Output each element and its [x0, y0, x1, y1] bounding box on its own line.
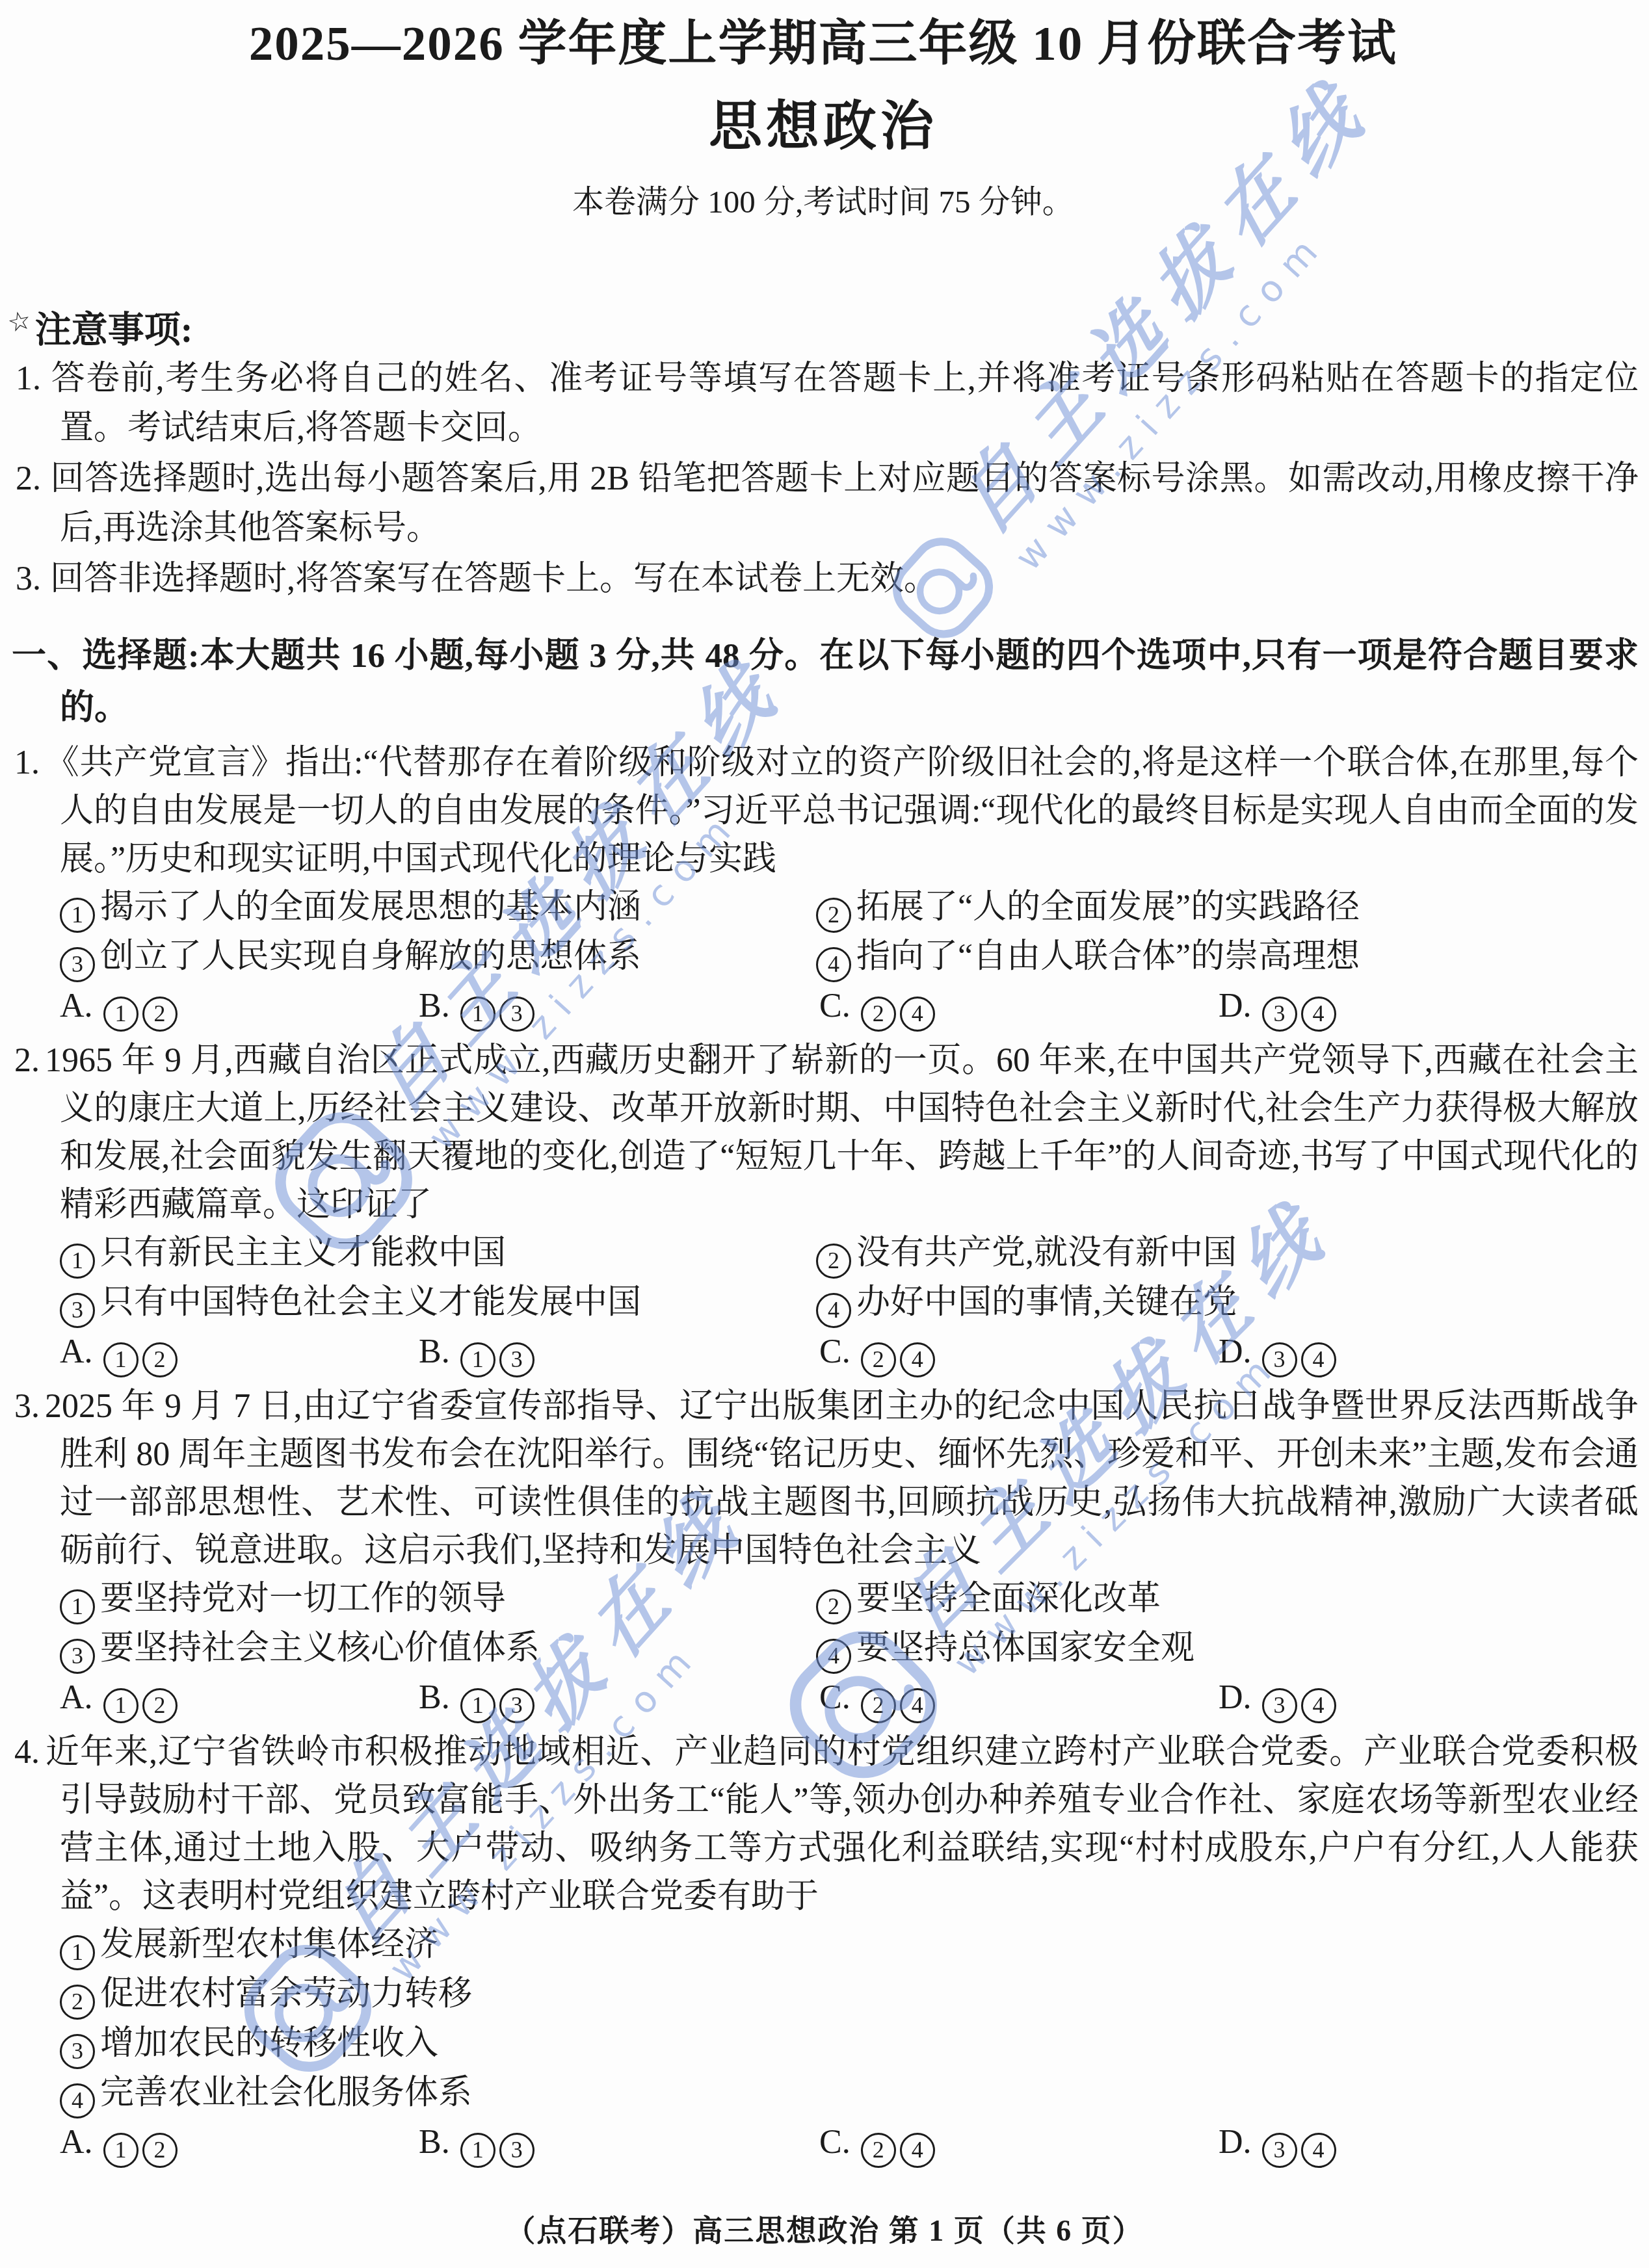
circled-number: 3 [60, 2034, 95, 2069]
question-stem: 1.《共产党宣言》指出:“代替那存在着阶级和阶级对立的资产阶级旧社会的,将是这样… [8, 739, 1639, 883]
notice-items: 1.答卷前,考生务必将自己的姓名、准考证号等填写在答题卡上,并将准考证号条形码粘… [8, 354, 1639, 604]
circled-number: 2 [60, 1985, 95, 2020]
sub-option-row: 1要坚持党对一切工作的领导2要坚持全面深化改革 [8, 1575, 1639, 1624]
sub-option: 2要坚持全面深化改革 [816, 1575, 1161, 1624]
sub-option-row: 1发展新型农村集体经济 [8, 1921, 1639, 1970]
choice-label: A. [60, 1333, 93, 1370]
circled-number: 4 [816, 1639, 851, 1674]
choice-option: A.12 [60, 1674, 419, 1723]
sub-option-row: 3要坚持社会主义核心价值体系4要坚持总体国家安全观 [8, 1624, 1639, 1674]
question-stem: 3.2025 年 9 月 7 日,由辽宁省委宣传部指导、辽宁出版集团主办的纪念中… [8, 1383, 1639, 1575]
circled-number: 2 [861, 2133, 896, 2168]
circled-number: 3 [499, 1688, 534, 1723]
circled-number: 3 [60, 1639, 95, 1674]
circled-number: 2 [861, 1688, 896, 1723]
circled-number: 4 [900, 1342, 935, 1377]
circled-number: 3 [1262, 1688, 1297, 1723]
page-footer: （点石联考）高三思想政治 第 1 页（共 6 页） [0, 2207, 1649, 2250]
question-number: 1. [14, 744, 40, 781]
circled-number: 3 [60, 1293, 95, 1328]
exam-paper-page: 自主选拔在线www.zizzs.com 自主选拔在线www.zizzs.com … [0, 0, 1649, 2268]
sub-option-row: 1只有新民主主义才能救中国2没有共产党,就没有新中国 [8, 1229, 1639, 1279]
choice-option: B.13 [419, 1328, 819, 1377]
circled-number: 1 [103, 997, 139, 1032]
circled-number: 3 [1262, 1342, 1297, 1377]
choice-label: C. [819, 987, 851, 1024]
circled-number: 1 [460, 997, 495, 1032]
choices-row: A.12B.13C.24D.34 [8, 2118, 1639, 2168]
circled-number: 2 [816, 1244, 851, 1279]
notice-item-number: 3. [16, 560, 41, 597]
circled-number: 1 [60, 1935, 95, 1970]
circled-number: 4 [816, 1293, 851, 1328]
circled-number: 1 [60, 898, 95, 933]
sub-option-row: 3只有中国特色社会主义才能发展中国4办好中国的事情,关键在党 [8, 1279, 1639, 1328]
sub-option-row: 3增加农民的转移性收入 [8, 2020, 1639, 2069]
question-number: 4. [14, 1734, 40, 1771]
circled-number: 2 [861, 1342, 896, 1377]
choice-label: B. [419, 987, 450, 1024]
circled-number: 2 [861, 997, 896, 1032]
circled-number: 4 [1301, 1342, 1336, 1377]
sub-option: 1只有新民主主义才能救中国 [60, 1229, 816, 1279]
choice-option: A.12 [60, 1328, 419, 1377]
choice-label: A. [60, 1679, 93, 1716]
circled-number: 3 [1262, 997, 1297, 1032]
choices-row: A.12B.13C.24D.34 [8, 1328, 1639, 1377]
choice-label: B. [419, 1679, 450, 1716]
choice-label: B. [419, 2124, 450, 2161]
sub-option: 4完善农业社会化服务体系 [60, 2069, 472, 2118]
circled-number: 2 [816, 898, 851, 933]
choice-label: D. [1219, 987, 1252, 1024]
circled-number: 1 [60, 1244, 95, 1279]
sub-option-row: 2促进农村富余劳动力转移 [8, 1970, 1639, 2020]
sub-option: 3增加农民的转移性收入 [60, 2020, 438, 2069]
choice-option: A.12 [60, 2118, 419, 2168]
circled-number: 4 [60, 2083, 95, 2118]
exam-subject-title: 思想政治 [8, 98, 1639, 156]
question-number: 3. [14, 1388, 40, 1425]
sub-option: 4要坚持总体国家安全观 [816, 1624, 1194, 1674]
questions: 1.《共产党宣言》指出:“代替那存在着阶级和阶级对立的资产阶级旧社会的,将是这样… [8, 739, 1639, 2168]
circled-number: 1 [60, 1589, 95, 1624]
choice-option: C.24 [819, 1328, 1219, 1377]
page-content: 2025—2026 学年度上学期高三年级 10 月份联合考试 思想政治 本卷满分… [0, 17, 1649, 2168]
circled-number: 2 [142, 1342, 178, 1377]
question-block: 2.1965 年 9 月,西藏自治区正式成立,西藏历史翻开了崭新的一页。60 年… [8, 1037, 1639, 1377]
circled-number: 1 [460, 1688, 495, 1723]
choice-label: C. [819, 2124, 851, 2161]
circled-number: 4 [1301, 997, 1336, 1032]
sub-option: 1揭示了人的全面发展思想的基本内涵 [60, 883, 816, 933]
circled-number: 1 [103, 2133, 139, 2168]
question-block: 4.近年来,辽宁省铁岭市积极推动地域相近、产业趋同的村党组织建立跨村产业联合党委… [8, 1728, 1639, 2168]
sub-option: 4指向了“自由人联合体”的崇高理想 [816, 933, 1360, 982]
circled-number: 4 [1301, 1688, 1336, 1723]
circled-number: 4 [1301, 2133, 1336, 2168]
notice-item-number: 1. [16, 360, 41, 397]
choice-option: C.24 [819, 1674, 1219, 1723]
sub-option-row: 4完善农业社会化服务体系 [8, 2069, 1639, 2118]
sub-option: 2促进农村富余劳动力转移 [60, 1970, 472, 2020]
sub-option: 2拓展了“人的全面发展”的实践路径 [816, 883, 1360, 933]
circled-number: 2 [142, 997, 178, 1032]
circled-number: 4 [900, 997, 935, 1032]
choice-label: D. [1219, 1333, 1252, 1370]
circled-number: 3 [1262, 2133, 1297, 2168]
circled-number: 1 [460, 1342, 495, 1377]
notice-item-number: 2. [16, 460, 41, 497]
choice-option: A.12 [60, 982, 419, 1032]
choice-option: C.24 [819, 2118, 1219, 2168]
circled-number: 2 [142, 2133, 178, 2168]
circled-number: 2 [142, 1688, 178, 1723]
choice-option: D.34 [1219, 982, 1639, 1032]
star-icon: ☆ [3, 297, 36, 346]
circled-number: 2 [816, 1589, 851, 1624]
section-one-heading: 一、选择题:本大题共 16 小题,每小题 3 分,共 48 分。在以下每小题的四… [8, 630, 1639, 734]
question-block: 1.《共产党宣言》指出:“代替那存在着阶级和阶级对立的资产阶级旧社会的,将是这样… [8, 739, 1639, 1032]
notice-section: ☆注意事项: 1.答卷前,考生务必将自己的姓名、准考证号等填写在答题卡上,并将准… [8, 299, 1639, 604]
circled-number: 4 [900, 2133, 935, 2168]
choice-label: C. [819, 1333, 851, 1370]
circled-number: 3 [499, 1342, 534, 1377]
exam-info-line: 本卷满分 100 分,考试时间 75 分钟。 [8, 183, 1639, 221]
choice-option: C.24 [819, 982, 1219, 1032]
circled-number: 3 [60, 947, 95, 982]
sub-option: 3创立了人民实现自身解放的思想体系 [60, 933, 816, 982]
question-number: 2. [14, 1042, 40, 1079]
choices-row: A.12B.13C.24D.34 [8, 982, 1639, 1032]
sub-option-row: 1揭示了人的全面发展思想的基本内涵2拓展了“人的全面发展”的实践路径 [8, 883, 1639, 933]
sub-option: 1发展新型农村集体经济 [60, 1921, 438, 1970]
choice-label: A. [60, 987, 93, 1024]
circled-number: 3 [499, 997, 534, 1032]
sub-option: 3只有中国特色社会主义才能发展中国 [60, 1279, 816, 1328]
sub-option: 1要坚持党对一切工作的领导 [60, 1575, 816, 1624]
choice-option: B.13 [419, 982, 819, 1032]
notice-item: 2.回答选择题时,选出每小题答案后,用 2B 铅笔把答题卡上对应题目的答案标号涂… [8, 454, 1639, 553]
choice-option: B.13 [419, 2118, 819, 2168]
circled-number: 1 [103, 1342, 139, 1377]
notice-item: 3.回答非选择题时,将答案写在答题卡上。写在本试卷上无效。 [8, 554, 1639, 604]
question-stem: 4.近年来,辽宁省铁岭市积极推动地域相近、产业趋同的村党组织建立跨村产业联合党委… [8, 1728, 1639, 1921]
choice-label: D. [1219, 2124, 1252, 2161]
sub-option-row: 3创立了人民实现自身解放的思想体系4指向了“自由人联合体”的崇高理想 [8, 933, 1639, 982]
notice-heading: ☆注意事项: [8, 299, 1639, 353]
exam-title: 2025—2026 学年度上学期高三年级 10 月份联合考试 [8, 17, 1639, 72]
choice-label: C. [819, 1679, 851, 1716]
circled-number: 4 [900, 1688, 935, 1723]
circled-number: 4 [816, 947, 851, 982]
notice-heading-label: 注意事项: [35, 310, 193, 350]
circled-number: 1 [460, 2133, 495, 2168]
question-stem: 2.1965 年 9 月,西藏自治区正式成立,西藏历史翻开了崭新的一页。60 年… [8, 1037, 1639, 1229]
notice-item: 1.答卷前,考生务必将自己的姓名、准考证号等填写在答题卡上,并将准考证号条形码粘… [8, 354, 1639, 453]
sub-option: 2没有共产党,就没有新中国 [816, 1229, 1237, 1279]
sub-option: 3要坚持社会主义核心价值体系 [60, 1624, 816, 1674]
choice-label: B. [419, 1333, 450, 1370]
circled-number: 1 [103, 1688, 139, 1723]
choices-row: A.12B.13C.24D.34 [8, 1674, 1639, 1723]
choice-option: D.34 [1219, 2118, 1639, 2168]
choice-option: D.34 [1219, 1328, 1639, 1377]
question-block: 3.2025 年 9 月 7 日,由辽宁省委宣传部指导、辽宁出版集团主办的纪念中… [8, 1383, 1639, 1723]
choice-option: B.13 [419, 1674, 819, 1723]
circled-number: 3 [499, 2133, 534, 2168]
choice-option: D.34 [1219, 1674, 1639, 1723]
choice-label: D. [1219, 1679, 1252, 1716]
sub-option: 4办好中国的事情,关键在党 [816, 1279, 1237, 1328]
choice-label: A. [60, 2124, 93, 2161]
